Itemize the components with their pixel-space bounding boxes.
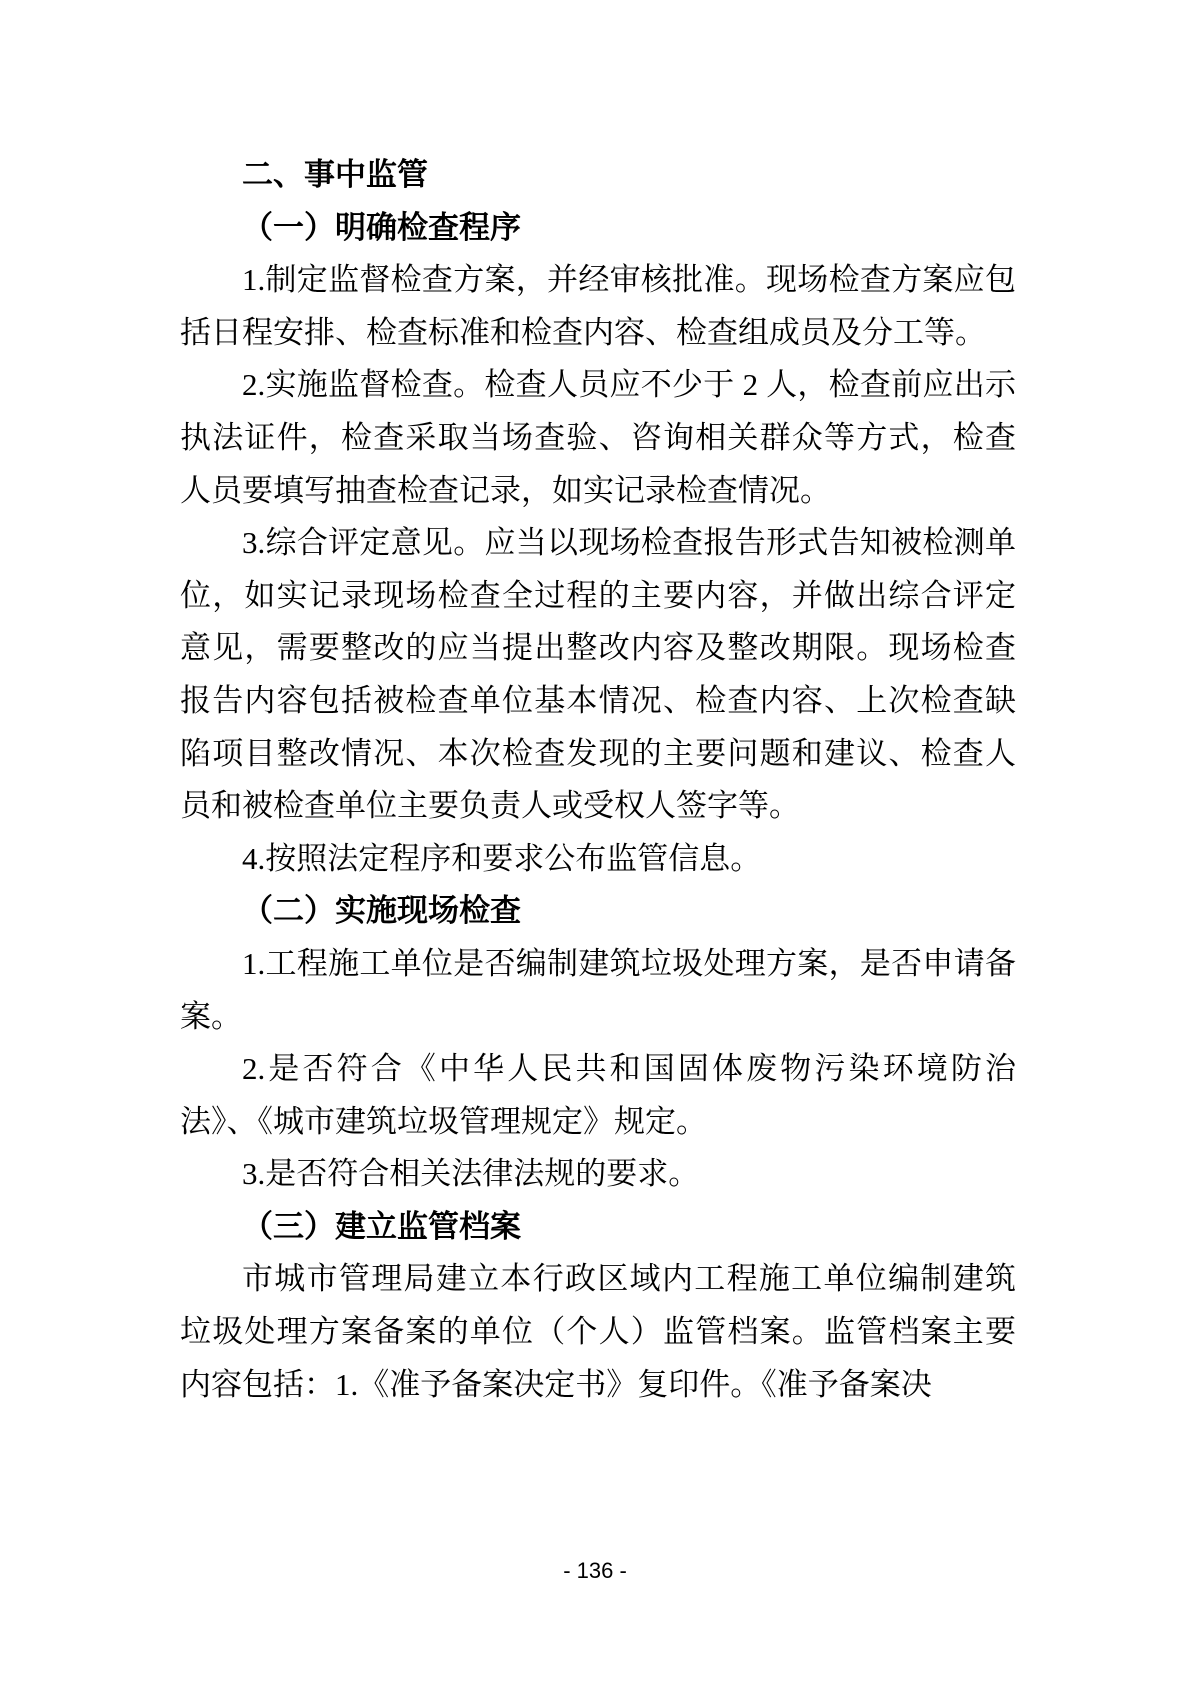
body-paragraph: 1.制定监督检查方案，并经审核批准。现场检查方案应包括日程安排、检查标准和检查内… [180,254,1016,359]
body-paragraph: 1.工程施工单位是否编制建筑垃圾处理方案，是否申请备案。 [180,938,1016,1043]
section-heading: （三）建立监管档案 [180,1201,1016,1254]
body-paragraph: 3.综合评定意见。应当以现场检查报告形式告知被检测单位，如实记录现场检查全过程的… [180,517,1016,833]
body-paragraph: 2.实施监督检查。检查人员应不少于 2 人，检查前应出示执法证件，检查采取当场查… [180,359,1016,517]
document-body: 二、事中监管（一）明确检查程序1.制定监督检查方案，并经审核批准。现场检查方案应… [180,149,1016,1411]
section-heading: （一）明确检查程序 [180,202,1016,255]
body-paragraph: 2.是否符合《中华人民共和国固体废物污染环境防治法》、《城市建筑垃圾管理规定》规… [180,1043,1016,1148]
body-paragraph: 3.是否符合相关法律法规的要求。 [180,1148,1016,1201]
body-paragraph: 4.按照法定程序和要求公布监管信息。 [180,833,1016,886]
page-number: - 136 - [0,1558,1190,1584]
section-heading: 二、事中监管 [180,149,1016,202]
body-paragraph: 市城市管理局建立本行政区域内工程施工单位编制建筑垃圾处理方案备案的单位（个人）监… [180,1253,1016,1411]
section-heading: （二）实施现场检查 [180,885,1016,938]
document-page: 二、事中监管（一）明确检查程序1.制定监督检查方案，并经审核批准。现场检查方案应… [0,0,1190,1683]
